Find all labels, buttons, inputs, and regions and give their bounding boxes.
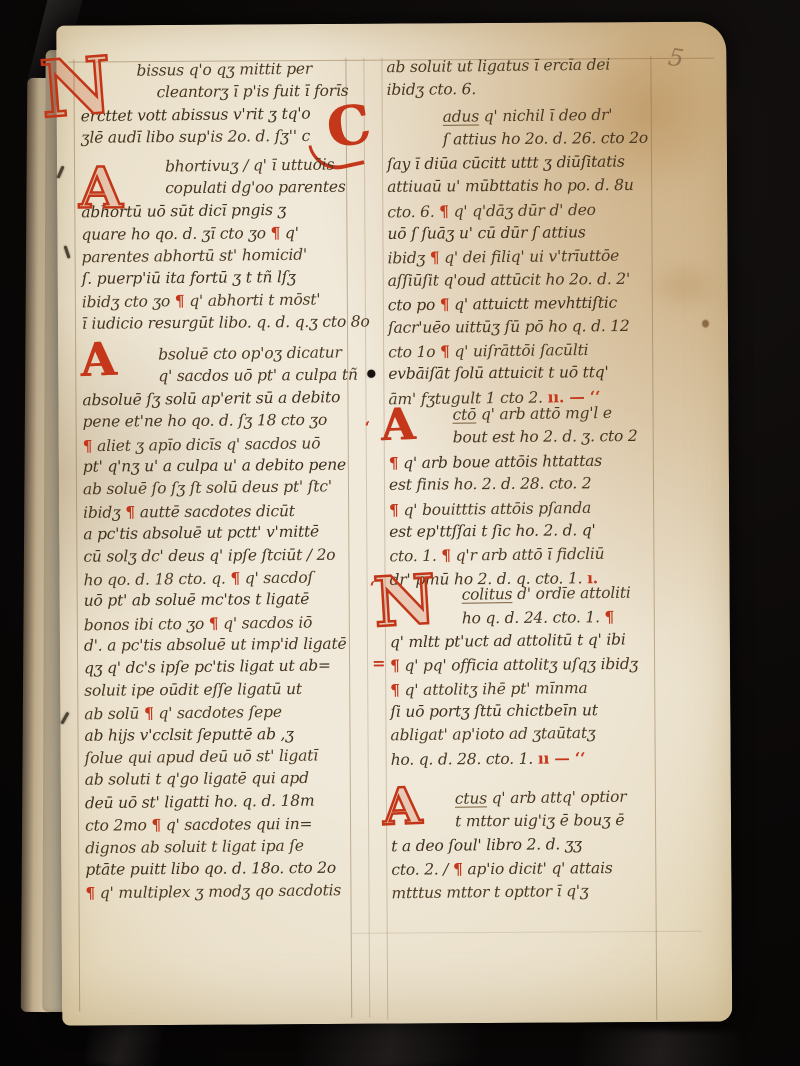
text-line: ſacr'uēo uittūʒ ſū pō ho q. d. 12 (388, 318, 649, 343)
entry: adus q' nichil ī deo dr'ſ attius ho 2o. … (387, 108, 650, 414)
text-line: ibidʒ cto. 6. (387, 81, 611, 106)
text-line: ¶ q' multiplex ʒ modʒ qo sacdotis (85, 882, 361, 908)
text-line: ab soluē ſo ſʒ ſt solū deus pt' ſtc' (83, 479, 359, 505)
rubric-gutter-mark: = (372, 654, 386, 673)
illuminated-initial: C (323, 99, 373, 153)
illuminated-initial: N (38, 51, 114, 126)
entry: bsoluē cto op'oʒ dicaturq' sacdos uō pt'… (82, 346, 361, 907)
entry: bhortivuʒ / q' ī uttuōiscopulati dg'oo p… (81, 158, 370, 339)
text-line: mtttus mttor t opttor ī q'ʒ (391, 883, 627, 909)
folio-number: 5 (666, 43, 685, 73)
text-line: evbāiſāt ſolū attuicit t uō ttq' (388, 365, 649, 390)
text-line: uō pt' ab soluē mc'tos t ligatē (84, 592, 360, 617)
text-line: cū solʒ dc' deus q' ipſe ſtciūt / 2o (83, 547, 359, 572)
stain-right-margin (644, 258, 724, 314)
text-line: cto 2mo ¶ q' sacdotes qui in= (85, 816, 361, 841)
sewing-station (60, 712, 69, 725)
text-line: soluit ipe oūdit eſſe ligatū ut (84, 681, 360, 706)
illuminated-initial: A (382, 783, 423, 830)
manuscript-page: 5 ʻ ʻ = bissus q'o qʒ mittit percleantor… (56, 22, 732, 1026)
text-line: ī iudicio resurgūt libo. q. d. q.ʒ cto 8… (82, 314, 370, 339)
stain-speck (702, 320, 709, 328)
rubric-gutter-mark: ʻ (365, 418, 371, 437)
text-line: ʒlē audī libo sup'is 2o. d. ſʒ'' c (81, 129, 349, 153)
ruling-horizontal-bottom (352, 931, 702, 934)
velvet-fold-3 (579, 1027, 740, 1066)
text-column-right: ab soluit ut ligatus ī ercīa deiibidʒ ct… (386, 22, 686, 24)
text-line: t mttor uig'iʒ ē bouʒ ē (455, 813, 627, 838)
ruling-vertical-right-margin (650, 56, 657, 1020)
text-line: cto. 2. / ¶ ap'io dicit' q' attais (391, 860, 627, 885)
text-line: ¶ q' pq' officia attolitʒ uſqʒ ibidʒ (390, 656, 638, 681)
text-line: ho. q. d. 28. cto. 1. ıı — ʻʻ (391, 750, 639, 775)
sewing-station (64, 245, 71, 258)
illuminated-initial: A (380, 405, 416, 446)
entry: ab soluit ut ligatus ī ercīa deiibidʒ ct… (386, 58, 610, 106)
text-line: bout est ho 2. d. ʒ. cto 2 (453, 429, 638, 454)
illuminated-initial: N (372, 570, 438, 635)
entry: bissus q'o qʒ mittit percleantorʒ ī p'is… (80, 62, 348, 153)
text-column-left: bissus q'o qʒ mittit percleantorʒ ī p'is… (80, 24, 380, 26)
entry: ctus q' arb attq' optiort mttor uig'iʒ ē… (391, 790, 627, 908)
sewing-station (57, 166, 65, 179)
text-line: est finis ho. 2. d. 28. cto. 2 (389, 476, 638, 501)
photograph-backdrop: 5 ʻ ʻ = bissus q'o qʒ mittit percleantor… (0, 0, 800, 1066)
text-line: abligat' ap'ioto ad ʒtaūtatʒ (390, 726, 638, 752)
text-line: attiuaū u' mūbttatis ho po. d. 8u (387, 178, 648, 203)
illuminated-initial: A (79, 339, 116, 382)
ink-dot (367, 370, 375, 378)
text-line: quare ho qo. d. ʒī cto ʒo ¶ q' (81, 225, 369, 250)
illuminated-initial: A (79, 163, 123, 214)
